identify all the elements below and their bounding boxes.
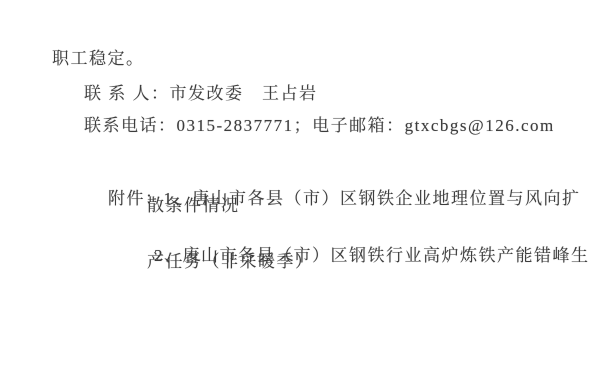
document-page: 职工稳定。 联 系 人：市发改委 王占岩 联系电话：0315-2837771；电… [0, 0, 600, 392]
attachment-1-line-2: 散条件情况 [147, 196, 240, 216]
contact-phone-line: 联系电话：0315-2837771；电子邮箱：gtxcbgs@126.com [84, 116, 555, 136]
contact-person-line: 联 系 人：市发改委 王占岩 [84, 84, 318, 104]
attachment-2-line-2: 产任务（非采暖季） [147, 252, 314, 272]
attachment-1-title-part-1: 唐山市各县（市）区钢铁企业地理位置与风向扩 [192, 189, 581, 208]
paragraph-end-line: 职工稳定。 [52, 49, 145, 69]
